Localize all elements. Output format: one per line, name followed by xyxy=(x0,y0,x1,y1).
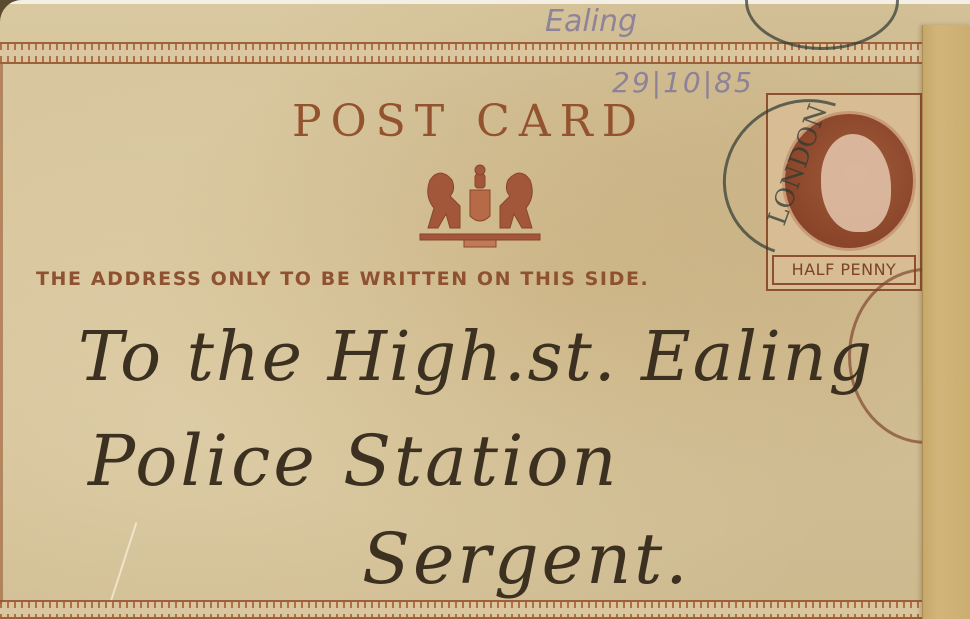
royal-coat-of-arms-icon xyxy=(412,160,548,250)
tape-strip xyxy=(922,25,970,619)
greek-key-border-top xyxy=(0,42,925,64)
greek-key-border-bottom xyxy=(0,600,925,619)
card-title: POST CARD xyxy=(292,96,646,147)
pencil-note-date: 29|10|85 xyxy=(612,66,754,99)
address-instruction: THE ADDRESS ONLY TO BE WRITTEN ON THIS S… xyxy=(36,268,649,290)
address-line-2: Police Station xyxy=(88,420,620,502)
postcard: Ealing 29|10|85 POST CARD THE ADDRESS ON… xyxy=(0,0,970,619)
address-line-3: Sergent. xyxy=(362,518,691,600)
address-line-1: To the High.st. Ealing xyxy=(78,318,874,397)
border-left-rule xyxy=(0,64,3,604)
pencil-note-place: Ealing xyxy=(545,4,637,39)
